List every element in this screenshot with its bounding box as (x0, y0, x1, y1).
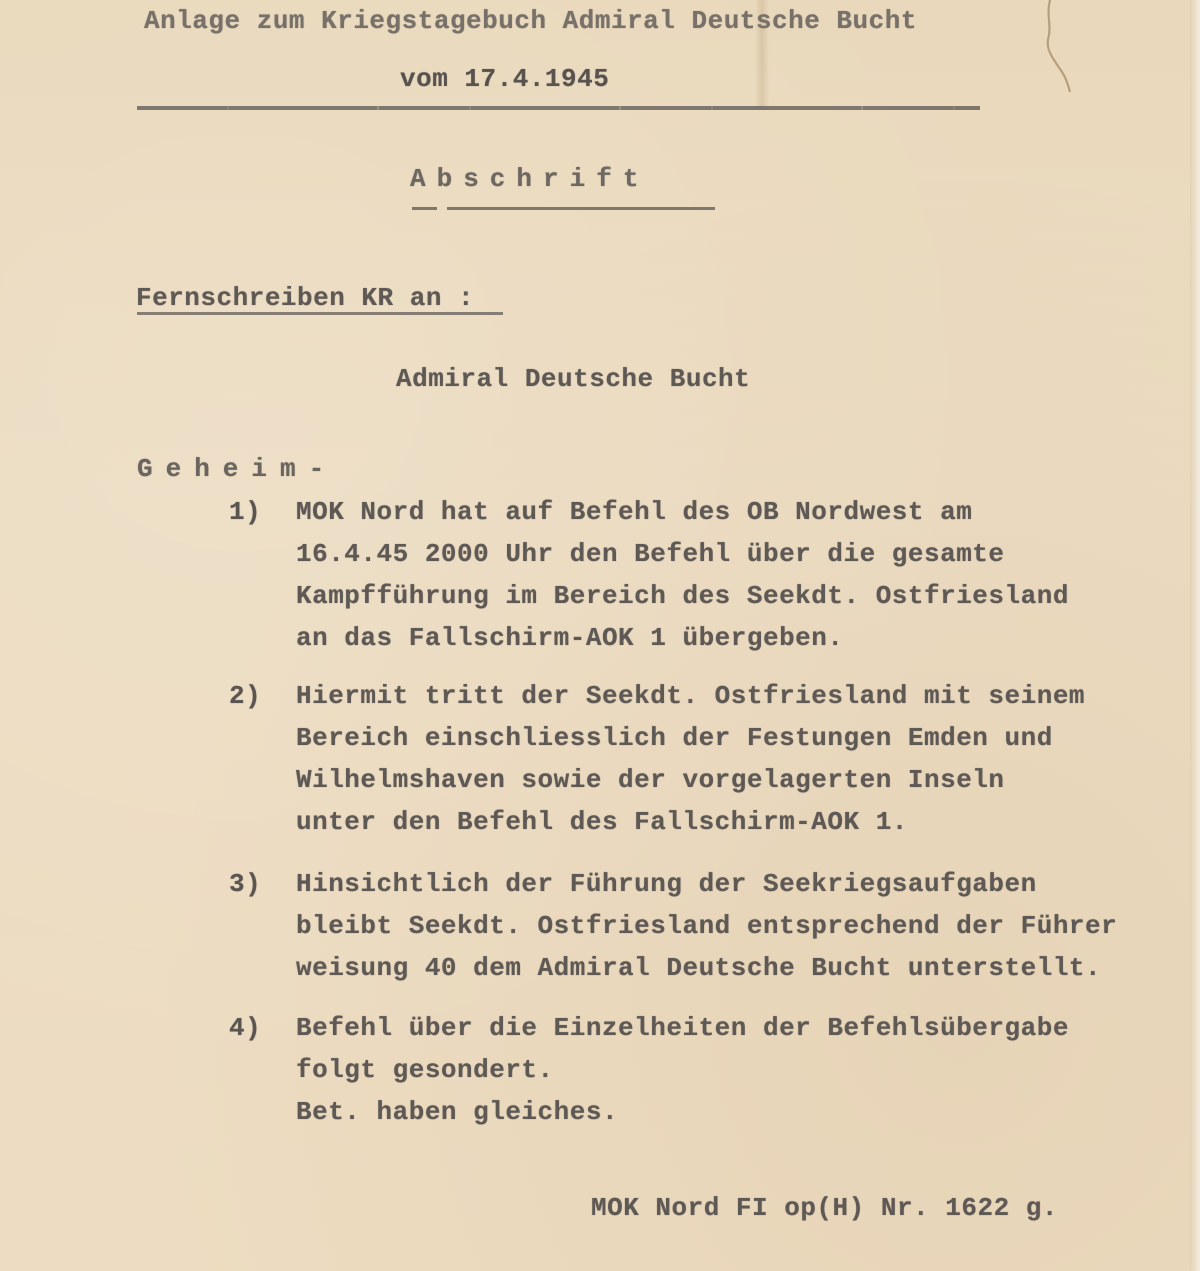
paper-edge (1190, 0, 1200, 1271)
item-number: 4) (229, 1013, 261, 1043)
heading-underline (412, 207, 715, 210)
item-line: an das Fallschirm-AOK 1 übergeben. (296, 623, 844, 653)
item-line: bleibt Seekdt. Ostfriesland entsprechend… (296, 911, 1117, 941)
telex-label: Fernschreiben KR an : (136, 283, 474, 313)
item-line: weisung 40 dem Admiral Deutsche Bucht un… (296, 953, 1101, 983)
recipient: Admiral Deutsche Bucht (396, 364, 750, 394)
item-line: 16.4.45 2000 Uhr den Befehl über die ges… (296, 539, 1005, 569)
item-line: Hinsichtlich der Führung der Seekriegsau… (296, 869, 1037, 899)
footer-reference: MOK Nord FI op(H) Nr. 1622 g. (591, 1193, 1058, 1223)
item-line: Bereich einschliesslich der Festungen Em… (296, 723, 1053, 753)
document-heading: Abschrift (410, 164, 649, 194)
header-divider (137, 106, 980, 110)
item-line: folgt gesondert. (296, 1055, 554, 1085)
item-number: 3) (229, 869, 261, 899)
document-page: Anlage zum Kriegstagebuch Admiral Deutsc… (0, 0, 1200, 1271)
classification-label: Geheim- (137, 454, 337, 484)
item-line: Hiermit tritt der Seekdt. Ostfriesland m… (296, 681, 1085, 711)
item-line: MOK Nord hat auf Befehl des OB Nordwest … (296, 497, 972, 527)
item-line: Bet. haben gleiches. (296, 1097, 618, 1127)
telex-label-underline (137, 312, 503, 315)
item-line: Befehl über die Einzelheiten der Befehls… (296, 1013, 1069, 1043)
item-line: unter den Befehl des Fallschirm-AOK 1. (296, 807, 908, 837)
header-title: Anlage zum Kriegstagebuch Admiral Deutsc… (144, 6, 917, 36)
item-line: Wilhelmshaven sowie der vorgelagerten In… (296, 765, 1005, 795)
paper-tear-mark (1040, 0, 1080, 95)
header-date: vom 17.4.1945 (400, 64, 609, 94)
item-line: Kampfführung im Bereich des Seekdt. Ostf… (296, 581, 1069, 611)
item-number: 2) (229, 681, 261, 711)
item-number: 1) (229, 497, 261, 527)
